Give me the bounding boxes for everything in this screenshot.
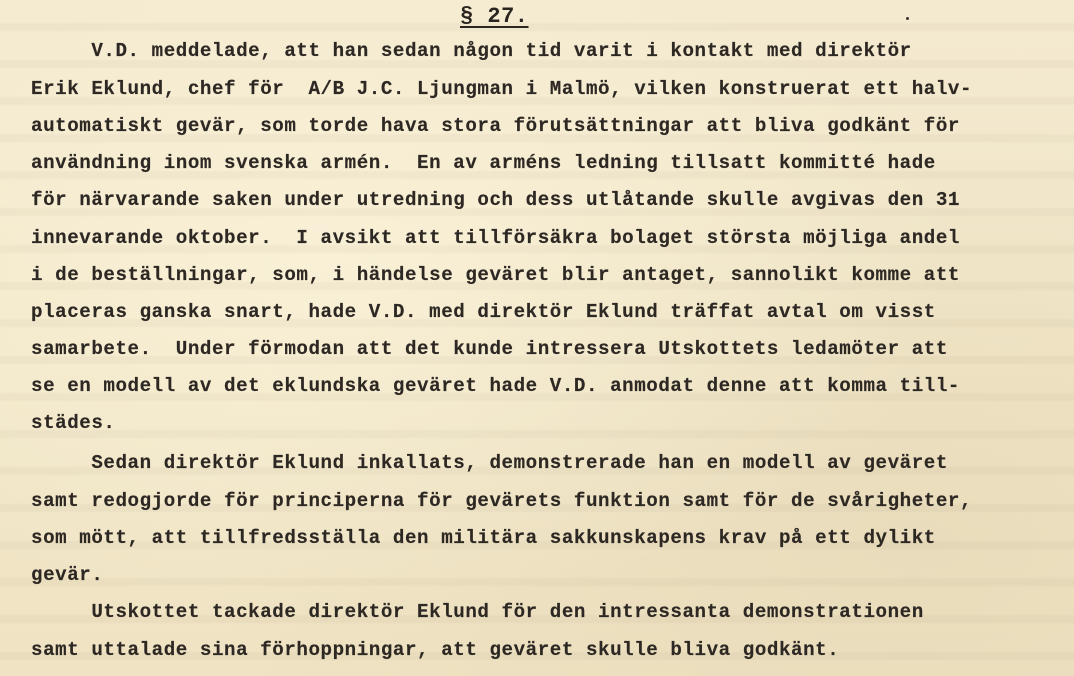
typewritten-document-page: § 27. V.D. meddelade, att han sedan någo… [0,0,1074,676]
text-line: V.D. meddelade, att han sedan någon tid … [31,40,912,62]
text-line: placeras ganska snart, hade V.D. med dir… [31,301,936,323]
text-line: användning inom svenska armén. En av arm… [31,152,936,174]
text-line: som mött, att tillfredsställa den militä… [31,527,936,549]
text-line: samarbete. Under förmodan att det kunde … [31,338,948,360]
text-line: Sedan direktör Eklund inkallats, demonst… [31,452,948,474]
text-line: innevarande oktober. I avsikt att tillfö… [31,227,960,249]
ink-speck [906,17,909,20]
text-line: Erik Eklund, chef för A/B J.C. Ljungman … [31,78,972,100]
text-line: i de beställningar, som, i händelse gevä… [31,264,960,286]
text-line: för närvarande saken under utredning och… [31,189,960,211]
text-line: Utskottet tackade direktör Eklund för de… [31,601,924,623]
text-line: samt uttalade sina förhoppningar, att ge… [31,639,839,661]
text-line: se en modell av det eklundska geväret ha… [31,375,960,397]
text-line: städes. [31,412,115,434]
section-heading: § 27. [460,4,529,29]
text-line: samt redogjorde för principerna för gevä… [31,490,972,512]
text-line: automatiskt gevär, som torde hava stora … [31,115,960,137]
text-line: gevär. [31,564,103,586]
